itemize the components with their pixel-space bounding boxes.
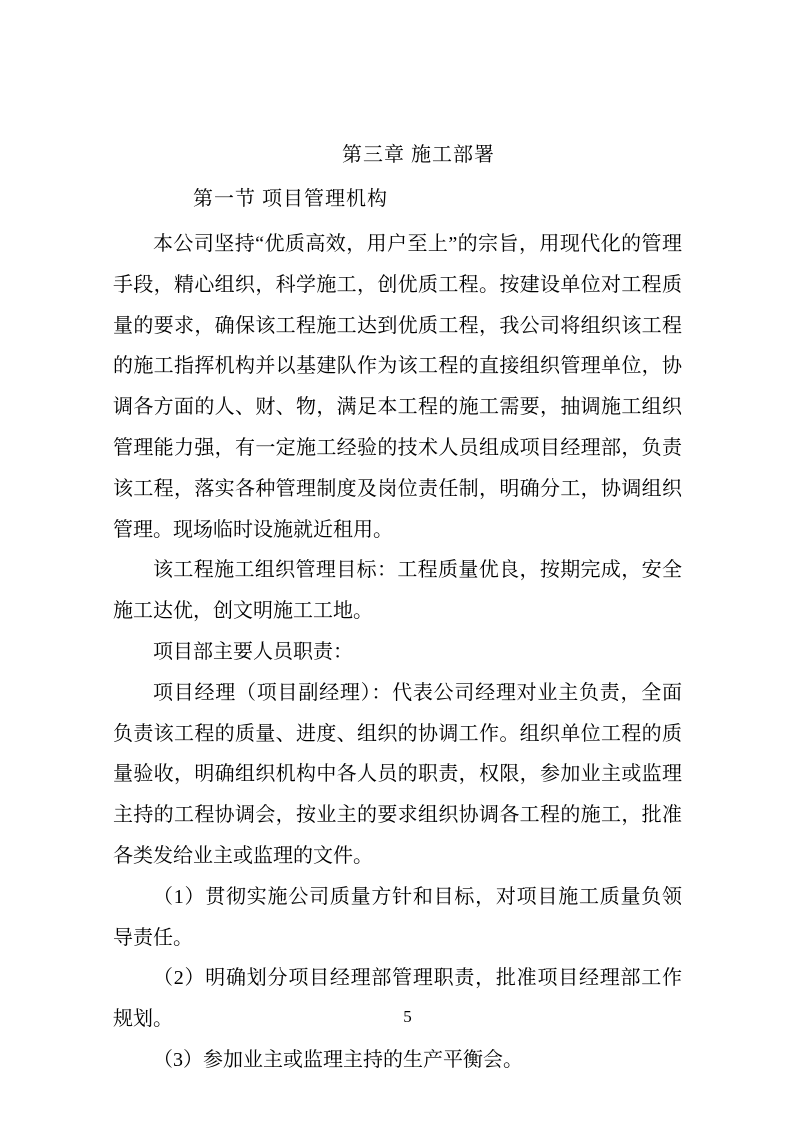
chapter-title: 第三章 施工部署 xyxy=(113,135,682,176)
paragraph-duty-item-1: （1）贯彻实施公司质量方针和目标，对项目施工质量负领导责任。 xyxy=(113,877,682,959)
document-page: 第三章 施工部署 第一节 项目管理机构 本公司坚持“优质高效，用户至上”的宗旨，… xyxy=(0,0,793,1122)
document-body: 本公司坚持“优质高效，用户至上”的宗旨，用现代化的管理手段，精心组织，科学施工，… xyxy=(113,224,682,1081)
paragraph-staff-duties-lead: 项目部主要人员职责： xyxy=(113,632,682,673)
paragraph-company-principle: 本公司坚持“优质高效，用户至上”的宗旨，用现代化的管理手段，精心组织，科学施工，… xyxy=(113,224,682,550)
paragraph-management-goals: 该工程施工组织管理目标：工程质量优良，按期完成，安全施工达优，创文明施工工地。 xyxy=(113,550,682,632)
paragraph-duty-item-3: （3）参加业主或监理主持的生产平衡会。 xyxy=(113,1040,682,1081)
page-number: 5 xyxy=(0,1006,793,1028)
section-heading: 第一节 项目管理机构 xyxy=(113,179,682,220)
paragraph-project-manager-duties: 项目经理（项目副经理）：代表公司经理对业主负责，全面负责该工程的质量、进度、组织… xyxy=(113,673,682,877)
